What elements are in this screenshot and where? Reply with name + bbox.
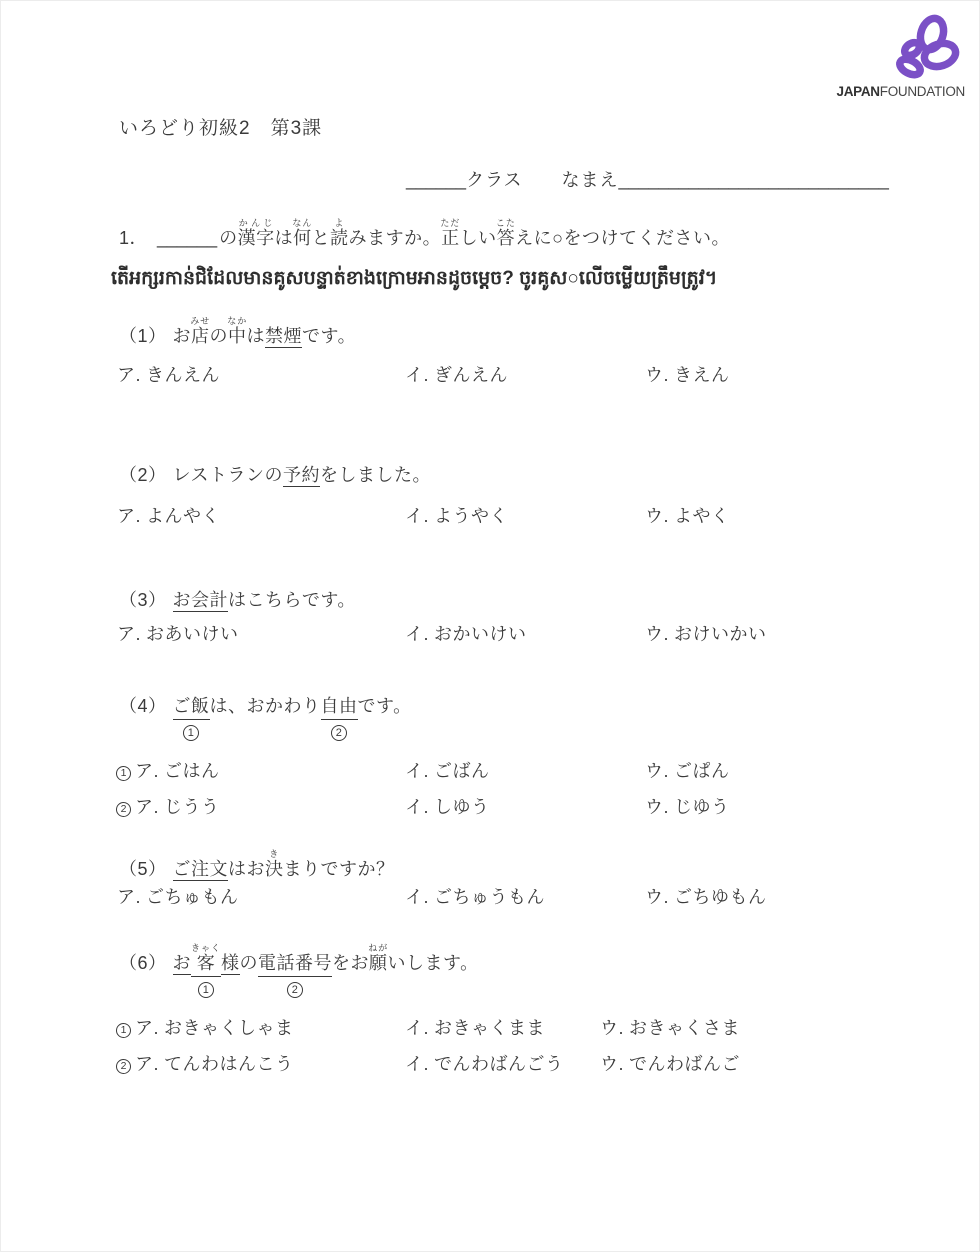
instruction-khmer: តើអក្សរកាន់ជិដែលមានគូសបន្ទាត់ខាងក្រោមអាន…	[111, 266, 919, 294]
logo-wordmark-japan: JAPAN	[836, 84, 879, 99]
question-4-number: （4）	[119, 696, 167, 716]
question-6-number: （6）	[119, 953, 167, 973]
instruction-japanese: 1．______の漢字かんじは何なんと読よみますか。正ただしい答こたえに○をつけ…	[119, 218, 919, 250]
question-2-choices: ア.よんやく イ.ようやく ウ.よやく	[119, 505, 919, 528]
choice-a: 2ア.じうう	[116, 796, 404, 819]
choice-i: イ.ごちゅうもん	[404, 886, 644, 909]
choice-a: ア.よんやく	[116, 505, 404, 528]
choices-row: ア.よんやく イ.ようやく ウ.よやく	[116, 505, 919, 528]
question-6-line: （6）お客きゃく1様の電話番号2をお願ねがいします。	[119, 943, 919, 977]
choice-u: ウ.おけいかい	[644, 623, 919, 646]
name-label: なまえ	[562, 170, 619, 190]
choices-row: ア.おあいけい イ.おかいけい ウ.おけいかい	[116, 623, 919, 646]
logo-wordmark: JAPANFOUNDATION	[815, 84, 965, 99]
question-3-line: （3）お会計はこちらです。	[119, 586, 919, 612]
instruction-sentence: の漢字かんじは何なんと読よみますか。正ただしい答こたえに○をつけてください。	[219, 228, 730, 248]
logo-wordmark-foundation: FOUNDATION	[880, 84, 965, 99]
choices-row-1: 1ア.ごはん イ.ごばん ウ.ごぱん	[116, 760, 919, 783]
question-3: （3）お会計はこちらです。 ア.おあいけい イ.おかいけい ウ.おけいかい	[119, 586, 919, 646]
choices-row-2: 2ア.てんわはんこう イ.でんわばんごう ウ.でんわばんご	[116, 1053, 919, 1076]
choice-a: 2ア.てんわはんこう	[116, 1053, 404, 1076]
choices-row-2: 2ア.じうう イ.しゆう ウ.じゆう	[116, 796, 919, 819]
choice-a: 1ア.おきゃくしゃま	[116, 1017, 404, 1040]
question-5: （5）ご注文はお決きまりですか？ ア.ごちゅもん イ.ごちゅうもん ウ.ごちゆも…	[119, 849, 919, 909]
choice-u: ウ.きえん	[644, 364, 919, 387]
choices-row: ア.きんえん イ.ぎんえん ウ.きえん	[116, 364, 919, 387]
choice-i: イ.ようやく	[404, 505, 644, 528]
choice-i: イ.でんわばんごう	[404, 1053, 599, 1076]
question-5-choices: ア.ごちゅもん イ.ごちゅうもん ウ.ごちゆもん	[119, 886, 919, 909]
choice-u: ウ.おきゃくさま	[599, 1017, 919, 1040]
logo-petal	[897, 56, 923, 78]
choice-i: イ.おかいけい	[404, 623, 644, 646]
choice-i: イ.ぎんえん	[404, 364, 644, 387]
question-1: （1）お店みせの中なかは禁煙です。 ア.きんえん イ.ぎんえん ウ.きえん	[119, 316, 919, 387]
logo-petal	[921, 40, 958, 71]
question-2-number: （2）	[119, 465, 167, 485]
question-2-line: （2）レストランの予約をしました。	[119, 461, 919, 487]
choice-u: ウ.よやく	[644, 505, 919, 528]
document-title: いろどり初級2 第3課	[119, 113, 919, 140]
choices-row: ア.ごちゅもん イ.ごちゅうもん ウ.ごちゆもん	[116, 886, 919, 909]
question-4-choices: 1ア.ごはん イ.ごばん ウ.ごぱん 2ア.じうう イ.しゆう ウ.じゆう	[119, 760, 919, 819]
choice-i: イ.ごばん	[404, 760, 644, 783]
question-1-choices: ア.きんえん イ.ぎんえん ウ.きえん	[119, 364, 919, 387]
choice-i: イ.しゆう	[404, 796, 644, 819]
choice-i: イ.おきゃくまま	[404, 1017, 599, 1040]
choice-a: ア.きんえん	[116, 364, 404, 387]
circled-number-2: 2	[116, 802, 131, 817]
question-5-line: （5）ご注文はお決きまりですか？	[119, 849, 919, 881]
question-5-number: （5）	[119, 859, 167, 879]
question-6: （6）お客きゃく1様の電話番号2をお願ねがいします。 1ア.おきゃくしゃま イ.…	[119, 943, 919, 1076]
logo-petal	[902, 40, 921, 58]
choice-u: ウ.ごちゆもん	[644, 886, 919, 909]
worksheet-content: いろどり初級2 第3課 ______クラスなまえ________________…	[1, 1, 979, 1076]
choice-a: ア.ごちゅもん	[116, 886, 404, 909]
butterfly-logo-icon	[885, 11, 961, 83]
instruction-number: 1．	[119, 228, 148, 248]
question-3-number: （3）	[119, 590, 167, 610]
question-6-sentence: お客きゃく1様の電話番号2をお願ねがいします。	[173, 953, 479, 973]
question-1-sentence: お店みせの中なかは禁煙です。	[173, 326, 357, 348]
question-6-choices: 1ア.おきゃくしゃま イ.おきゃくまま ウ.おきゃくさま 2ア.てんわはんこう …	[119, 1017, 919, 1076]
class-blank-field: ______	[406, 170, 466, 190]
circled-number-1: 1	[116, 1023, 131, 1038]
circled-number-1: 1	[116, 766, 131, 781]
choice-a: 1ア.ごはん	[116, 760, 404, 783]
question-1-line: （1）お店みせの中なかは禁煙です。	[119, 316, 919, 348]
question-4-sentence: ご飯1は、おかわり自由2です。	[173, 696, 412, 716]
question-3-sentence: お会計はこちらです。	[173, 590, 356, 612]
question-2: （2）レストランの予約をしました。 ア.よんやく イ.ようやく ウ.よやく	[119, 461, 919, 528]
japan-foundation-logo: JAPANFOUNDATION	[815, 11, 965, 99]
instruction-blank-field: ______	[157, 228, 217, 248]
choice-u: ウ.じゆう	[644, 796, 919, 819]
question-4: （4）ご飯1は、おかわり自由2です。 1ア.ごはん イ.ごばん ウ.ごぱん 2ア…	[119, 692, 919, 819]
question-3-choices: ア.おあいけい イ.おかいけい ウ.おけいかい	[119, 623, 919, 646]
worksheet-page: JAPANFOUNDATION いろどり初級2 第3課 ______クラスなまえ…	[0, 0, 980, 1252]
choice-u: ウ.でんわばんご	[599, 1053, 919, 1076]
choice-a: ア.おあいけい	[116, 623, 404, 646]
class-label: クラス	[466, 170, 522, 190]
question-4-line: （4）ご飯1は、おかわり自由2です。	[119, 692, 919, 720]
class-name-line: ______クラスなまえ___________________________	[406, 166, 919, 192]
question-5-sentence: ご注文はお決きまりですか？	[173, 859, 395, 881]
question-1-number: （1）	[119, 326, 167, 346]
name-blank-field: ___________________________	[619, 170, 889, 190]
question-2-sentence: レストランの予約をしました。	[173, 465, 431, 487]
circled-number-2: 2	[116, 1059, 131, 1074]
choice-u: ウ.ごぱん	[644, 760, 919, 783]
choices-row-1: 1ア.おきゃくしゃま イ.おきゃくまま ウ.おきゃくさま	[116, 1017, 919, 1040]
